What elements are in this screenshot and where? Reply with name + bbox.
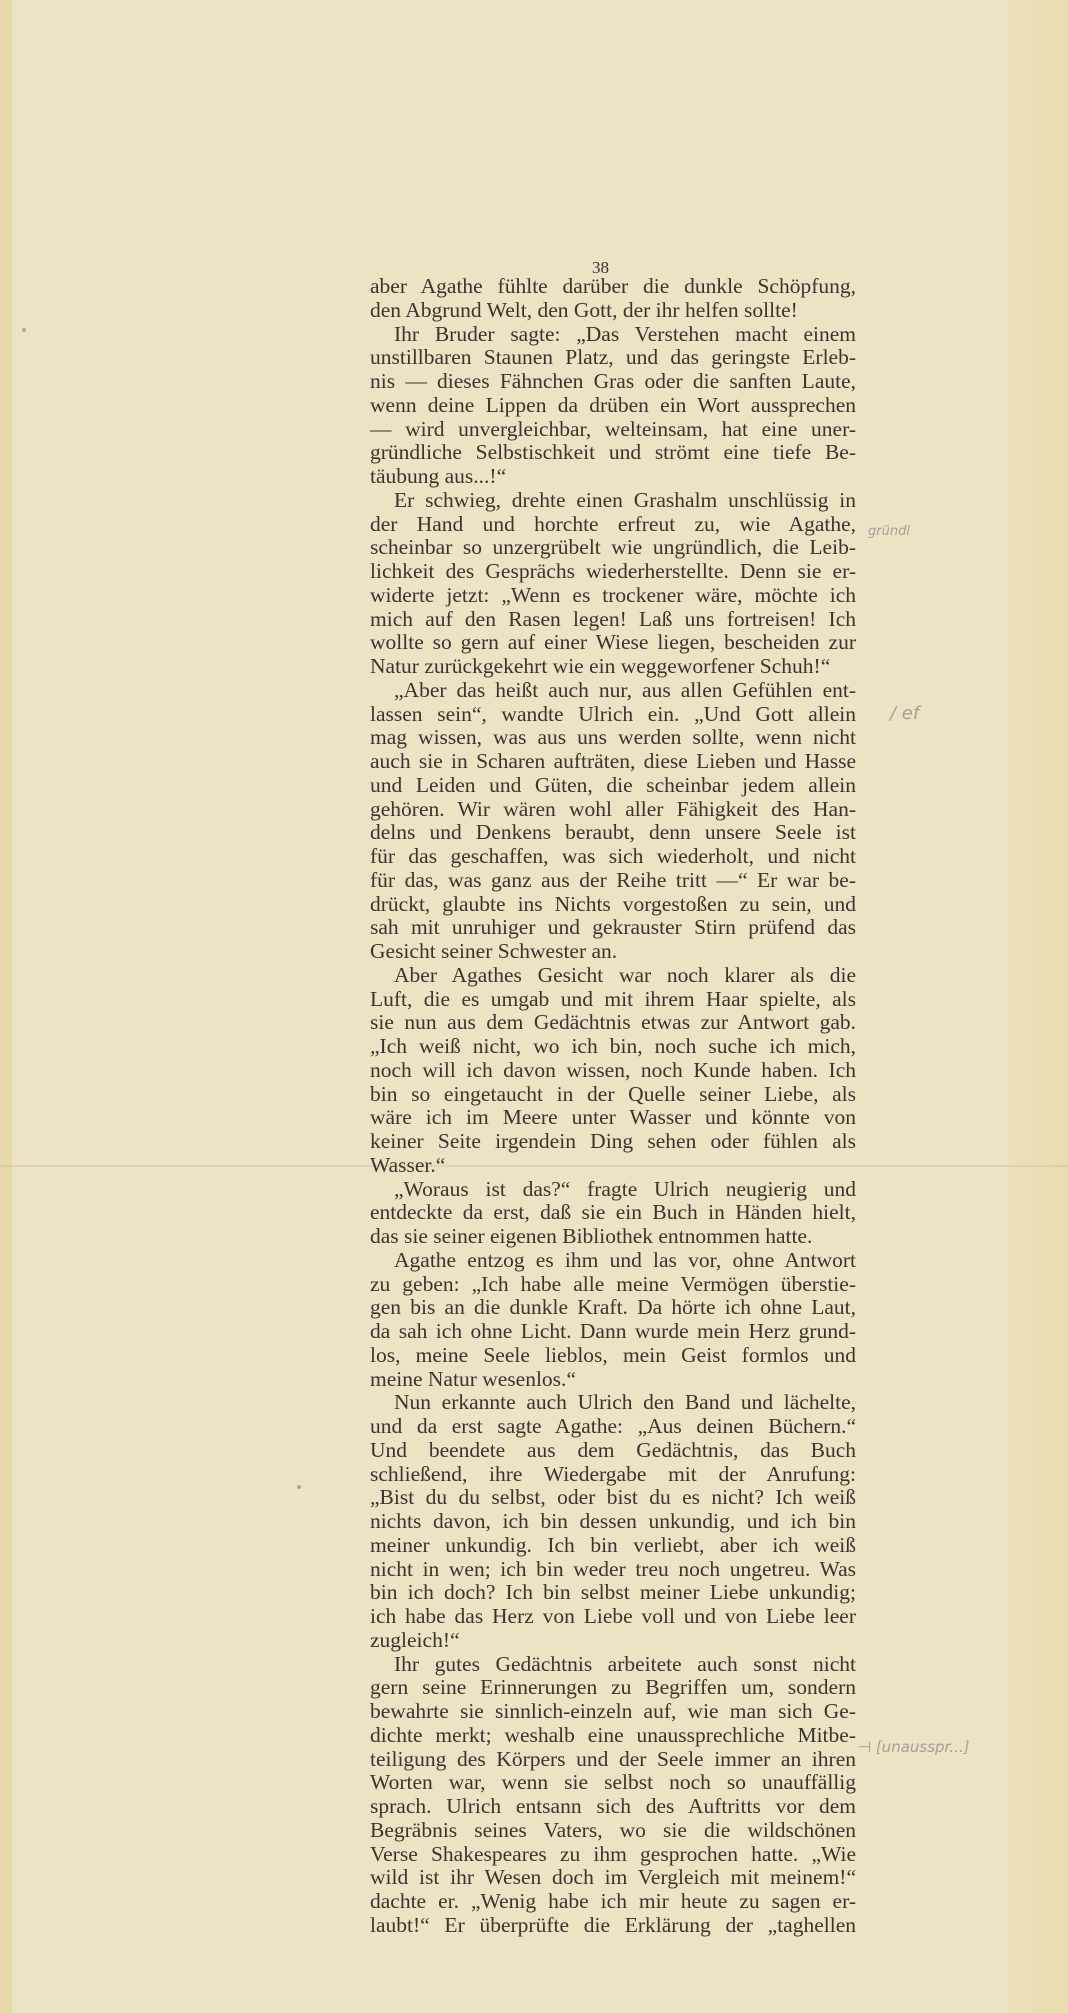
text-line: Verse Shakespeares zu ihm gesprochen hat… [370,1843,856,1867]
text-line: delns und Denkens beraubt, denn unsere S… [370,821,856,845]
text-line: nis — dieses Fähnchen Gras oder die sanf… [370,370,856,394]
text-line: „Bist du du selbst, oder bist du es nich… [370,1486,856,1510]
text-line: schließend, ihre Wiedergabe mit der Anru… [370,1463,856,1487]
text-line: Agathe entzog es ihm und las vor, ohne A… [370,1249,856,1273]
scan-right-edge [1008,0,1068,2013]
text-line: wild ist ihr Wesen doch im Vergleich mit… [370,1866,856,1890]
text-line: täubung aus...!“ [370,465,856,489]
text-line: nichts davon, ich bin dessen unkundig, u… [370,1510,856,1534]
text-line: Worten war, wenn sie selbst noch so unau… [370,1771,856,1795]
text-line: wäre ich im Meere unter Wasser und könnt… [370,1106,856,1130]
text-line: los, meine Seele lieblos, mein Geist for… [370,1344,856,1368]
text-line: „Aber das heißt auch nur, aus allen Gefü… [370,679,856,703]
text-line: bewahrte sie sinnlich-einzeln auf, wie m… [370,1700,856,1724]
body-text: aber Agathe fühlte darüber die dunkle Sc… [370,275,856,1938]
text-line: Begräbnis seines Vaters, wo sie die wild… [370,1819,856,1843]
text-line: das sie seiner eigenen Bibliothek entnom… [370,1225,856,1249]
text-line: entdeckte da erst, daß sie ein Buch in H… [370,1201,856,1225]
margin-note-2: / ef [890,703,919,724]
text-line: dichte merkt; weshalb eine unaussprechli… [370,1724,856,1748]
text-line: Aber Agathes Gesicht war noch klarer als… [370,964,856,988]
text-line: zugleich!“ [370,1629,856,1653]
text-line: lichkeit des Gesprächs wiederherstellte.… [370,560,856,584]
text-line: „Ich weiß nicht, wo ich bin, noch suche … [370,1035,856,1059]
text-line: Gesicht seiner Schwester an. [370,940,856,964]
text-line: und da erst sagte Agathe: „Aus deinen Bü… [370,1415,856,1439]
text-line: da sah ich ohne Licht. Dann wurde mein H… [370,1320,856,1344]
margin-note-3: ⊣ [unausspr...] [858,1738,970,1756]
text-line: „Woraus ist das?“ fragte Ulrich neugieri… [370,1178,856,1202]
text-line: wenn deine Lippen da drüben ein Wort aus… [370,394,856,418]
text-line: bin so eingetaucht in der Quelle seiner … [370,1083,856,1107]
text-line: keiner Seite irgendein Ding sehen oder f… [370,1130,856,1154]
text-line: gern seine Erinnerungen zu Begriffen um,… [370,1676,856,1700]
text-line: Und beendete aus dem Gedächtnis, das Buc… [370,1439,856,1463]
paper-speck [22,328,26,332]
text-line: lassen sein“, wandte Ulrich ein. „Und Go… [370,703,856,727]
text-line: Wasser.“ [370,1154,856,1178]
text-line: sah mit unruhiger und gekrauster Stirn p… [370,916,856,940]
text-line: bin ich doch? Ich bin selbst meiner Lieb… [370,1581,856,1605]
text-line: Nun erkannte auch Ulrich den Band und lä… [370,1391,856,1415]
text-line: noch will ich davon wissen, noch Kunde h… [370,1059,856,1083]
text-line: laubt!“ Er überprüfte die Erklärung der … [370,1914,856,1938]
text-line: Luft, die es umgab und mit ihrem Haar sp… [370,988,856,1012]
text-line: dachte er. „Wenig habe ich mir heute zu … [370,1890,856,1914]
margin-note-1: gründl [868,524,910,539]
text-line: meine Natur wesenlos.“ [370,1368,856,1392]
text-line: auch sie in Scharen aufträten, diese Lie… [370,750,856,774]
text-line: zu geben: „Ich habe alle meine Vermögen … [370,1273,856,1297]
text-line: unstillbaren Staunen Platz, und das geri… [370,346,856,370]
text-line: sie nun aus dem Gedächtnis etwas zur Ant… [370,1011,856,1035]
text-line: für das geschaffen, was sich wiederholt,… [370,845,856,869]
text-line: nicht in wen; ich bin weder treu noch un… [370,1558,856,1582]
text-line: ich habe das Herz von Liebe voll und von… [370,1605,856,1629]
text-line: aber Agathe fühlte darüber die dunkle Sc… [370,275,856,299]
text-line: scheinbar so unzergrübelt wie ungründlic… [370,536,856,560]
text-line: und Leiden und Güten, die scheinbar jede… [370,774,856,798]
text-line: Ihr gutes Gedächtnis arbeitete auch sons… [370,1653,856,1677]
text-line: wollte so gern auf einer Wiese liegen, b… [370,631,856,655]
text-line: — wird unvergleichbar, welteinsam, hat e… [370,418,856,442]
text-line: Natur zurückgekehrt wie ein weggeworfene… [370,655,856,679]
text-line: mich auf den Rasen legen! Laß uns fortre… [370,608,856,632]
text-line: Er schwieg, drehte einen Grashalm unschl… [370,489,856,513]
text-line: gen bis an die dunkle Kraft. Da hörte ic… [370,1296,856,1320]
text-line: gründliche Selbstischkeit und strömt ein… [370,441,856,465]
scan-left-edge [0,0,12,2013]
text-line: meiner unkundig. Ich bin verliebt, aber … [370,1534,856,1558]
text-line: drückt, glaubte ins Nichts vorgestoßen z… [370,893,856,917]
text-line: der Hand und horchte erfreut zu, wie Aga… [370,513,856,537]
text-line: sprach. Ulrich entsann sich des Auftritt… [370,1795,856,1819]
text-line: gehören. Wir wären wohl aller Fähigkeit … [370,798,856,822]
text-line: widerte jetzt: „Wenn es trockener wäre, … [370,584,856,608]
text-line: Ihr Bruder sagte: „Das Verstehen macht e… [370,323,856,347]
text-line: den Abgrund Welt, den Gott, der ihr helf… [370,299,856,323]
text-line: mag wissen, was aus uns werden sollte, w… [370,726,856,750]
text-line: teiligung des Körpers und der Seele imme… [370,1748,856,1772]
text-line: für das, was ganz aus der Reihe tritt —“… [370,869,856,893]
paper-speck [297,1485,301,1489]
